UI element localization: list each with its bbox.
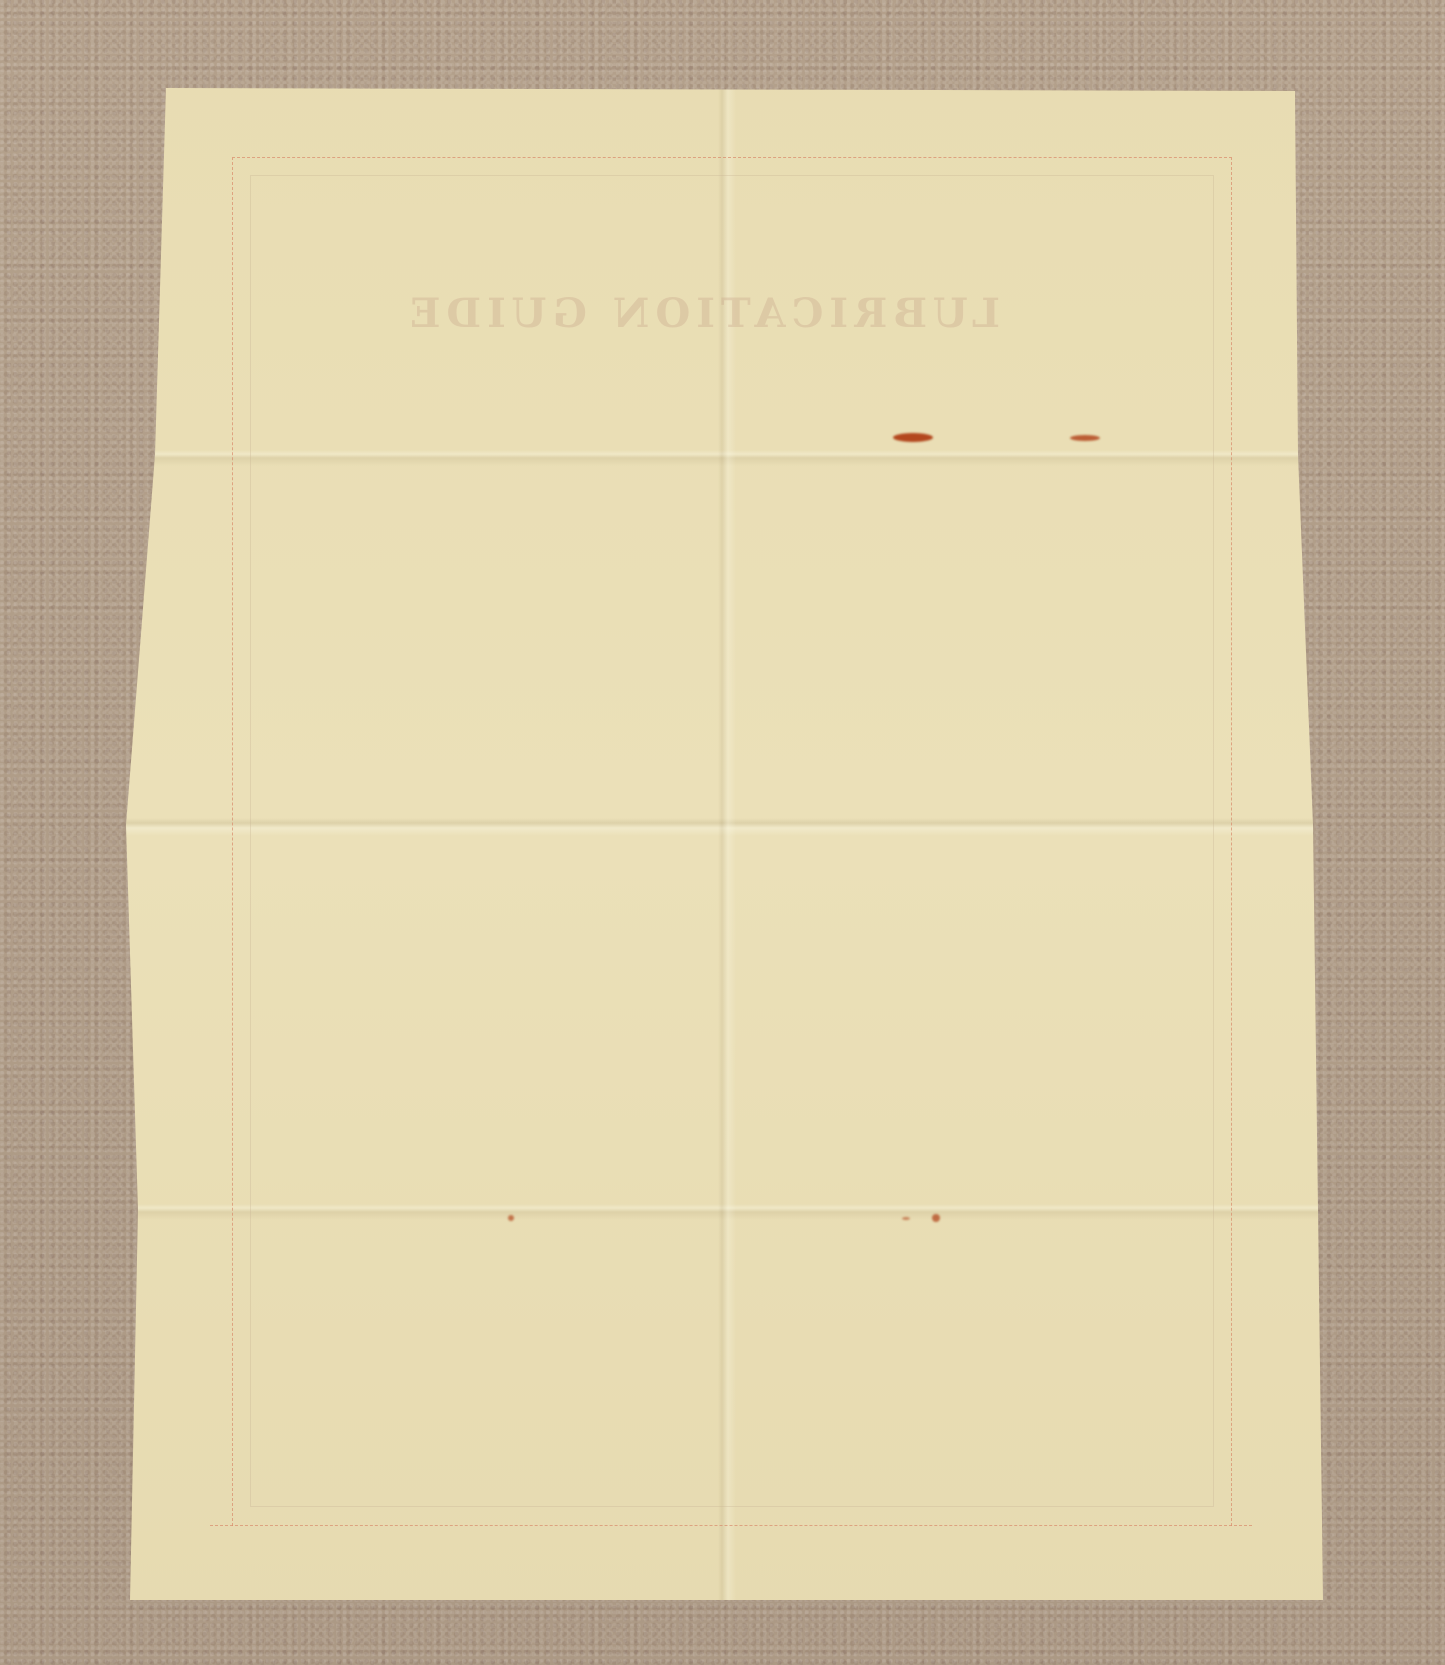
folded-paper-sheet: LUBRICATION GUIDE [0, 0, 1445, 1665]
inner-frame [250, 175, 1214, 1507]
showthrough-title: LUBRICATION GUIDE [440, 290, 1000, 337]
red-printed-border-bottom [210, 1525, 1252, 1526]
stain-spot [508, 1215, 514, 1221]
stain-spot [932, 1214, 940, 1222]
stain-spot [902, 1217, 910, 1220]
stain-spot [893, 433, 933, 442]
stain-spot [1070, 435, 1100, 441]
